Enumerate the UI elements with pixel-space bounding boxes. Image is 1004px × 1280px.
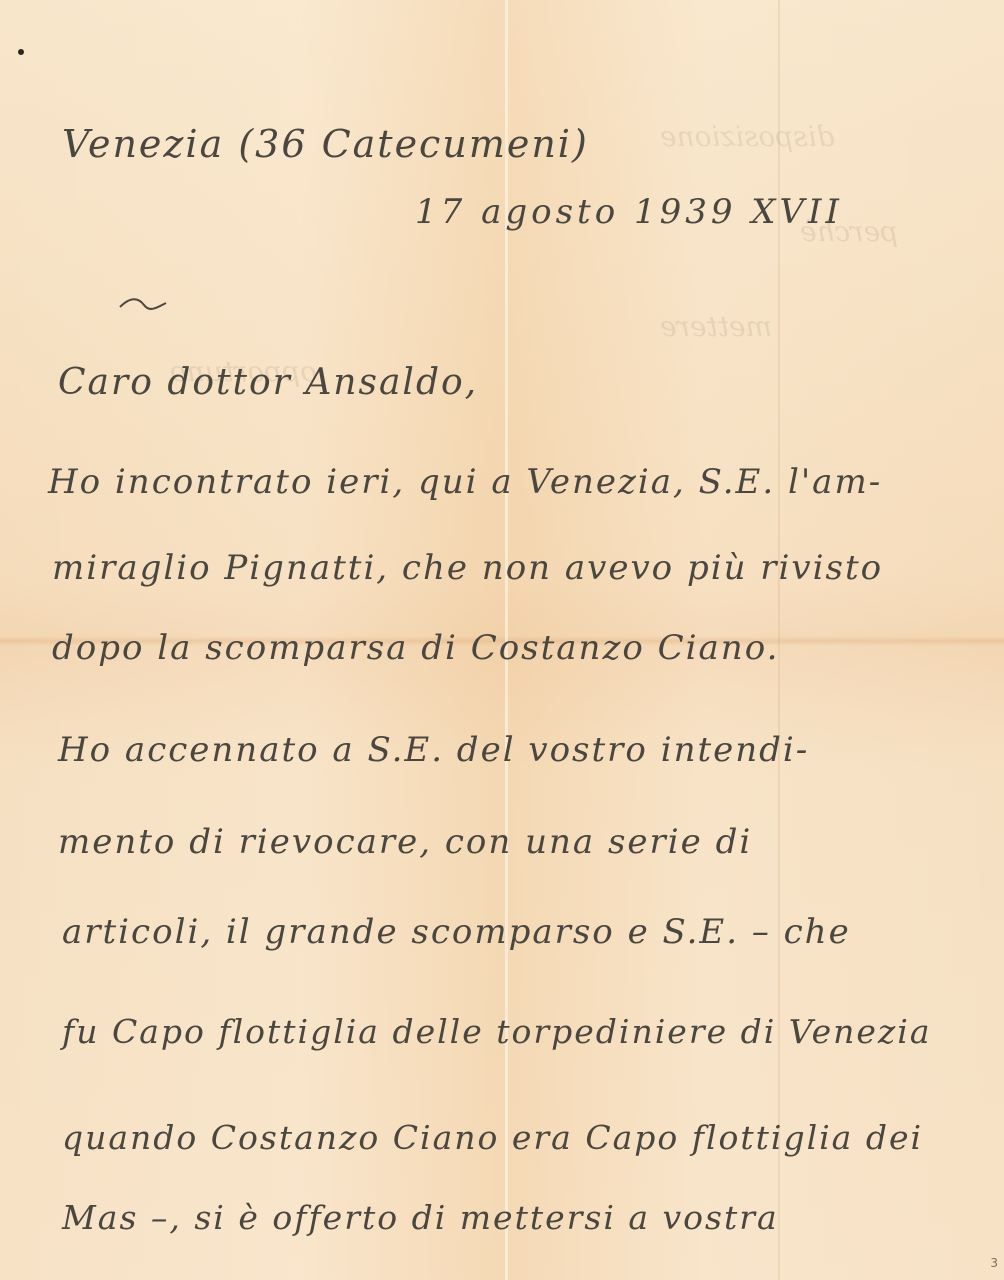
body-line: Mas –, si è offerto di mettersi a vostra <box>62 1198 779 1237</box>
body-line: mento di rievocare, con una serie di <box>58 822 752 862</box>
salutation: Caro dottor Ansaldo, <box>58 362 478 403</box>
body-line: articoli, il grande scomparso e S.E. – c… <box>62 912 851 952</box>
body-line: quando Costanzo Ciano era Capo flottigli… <box>62 1118 923 1157</box>
body-line: miraglio Pignatti, che non avevo più riv… <box>52 548 883 588</box>
letter-place: Venezia (36 Catecumeni) <box>62 122 589 166</box>
bleed-through-text: mettere <box>660 310 772 343</box>
ink-spot <box>18 49 24 55</box>
body-line: fu Capo flottiglia delle torpediniere di… <box>62 1012 932 1051</box>
letter-date: 17 agosto 1939 XVII <box>415 192 843 232</box>
body-line: dopo la scomparsa di Costanzo Ciano. <box>52 628 779 668</box>
page-number: 3 <box>990 1256 998 1270</box>
bleed-through-text: disposizione <box>660 120 835 153</box>
letter-page: disposizione perchè mettere opportuno Ve… <box>0 0 1004 1280</box>
body-line: Ho incontrato ieri, qui a Venezia, S.E. … <box>48 462 882 502</box>
flourish-mark <box>118 295 168 311</box>
body-line: Ho accennato a S.E. del vostro intendi- <box>58 730 809 770</box>
